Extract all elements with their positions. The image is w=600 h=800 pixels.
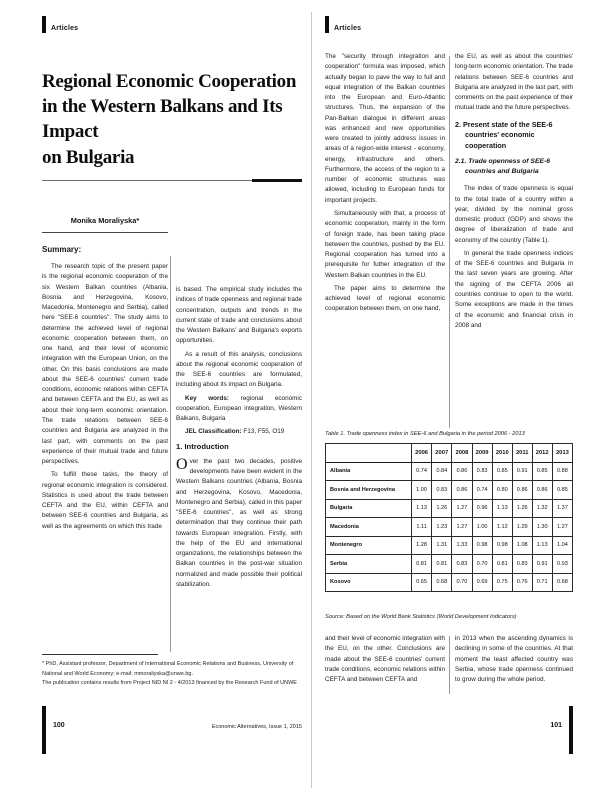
column-divider bbox=[449, 636, 450, 694]
value-cell: 1.23 bbox=[432, 518, 452, 537]
value-cell: 0.91 bbox=[532, 555, 552, 574]
value-cell: 1.29 bbox=[512, 518, 532, 537]
body-paragraph: Simultaneously with that, a process of e… bbox=[325, 209, 445, 281]
value-cell: 0.70 bbox=[472, 555, 492, 574]
section-marker-bar bbox=[42, 16, 46, 33]
value-cell: 1.12 bbox=[492, 518, 512, 537]
value-cell: 0.83 bbox=[472, 462, 492, 481]
table-corner-cell bbox=[326, 444, 412, 463]
value-cell: 1.27 bbox=[452, 518, 472, 537]
author-name: Monika Moraliyska* bbox=[42, 216, 168, 225]
year-header: 2007 bbox=[432, 444, 452, 463]
footnote-line: The publication contains results from Pr… bbox=[42, 679, 302, 689]
value-cell: 1.30 bbox=[532, 518, 552, 537]
table-row: Kosovo 0.65 0.68 0.70 0.69 0.75 0.76 0.7… bbox=[326, 573, 573, 592]
value-cell: 0.86 bbox=[532, 481, 552, 500]
value-cell: 0.69 bbox=[472, 573, 492, 592]
value-cell: 0.91 bbox=[512, 462, 532, 481]
table-row: Serbia 0.81 0.81 0.83 0.70 0.81 0.83 0.9… bbox=[326, 555, 573, 574]
value-cell: 1.27 bbox=[452, 499, 472, 518]
drop-cap: O bbox=[176, 458, 188, 472]
body-paragraph: The index of trade openness is equal to … bbox=[455, 184, 573, 246]
introduction-text: ver the past two decades, positive devel… bbox=[176, 458, 302, 588]
right-page-bottom-column-1: and their level of economic integration … bbox=[325, 634, 445, 688]
summary-heading: Summary: bbox=[42, 245, 168, 254]
keywords-paragraph: Key words: regional economic cooperation… bbox=[176, 394, 302, 425]
value-cell: 1.26 bbox=[512, 499, 532, 518]
value-cell: 1.13 bbox=[532, 536, 552, 555]
value-cell: 1.00 bbox=[472, 518, 492, 537]
value-cell: 0.68 bbox=[432, 573, 452, 592]
left-page: Articles Regional Economic Cooperation i… bbox=[42, 0, 302, 800]
articles-section-header: Articles bbox=[42, 16, 78, 33]
right-page: Articles The "security through integrati… bbox=[325, 0, 573, 800]
value-cell: 0.83 bbox=[432, 481, 452, 500]
value-cell: 0.76 bbox=[512, 573, 532, 592]
country-cell: Albania bbox=[326, 462, 412, 481]
value-cell: 0.85 bbox=[552, 481, 572, 500]
year-header: 2013 bbox=[552, 444, 572, 463]
page-number: 101 bbox=[550, 722, 562, 729]
summary-paragraph: As a result of this analysis, conclusion… bbox=[176, 350, 302, 391]
body-paragraph: and their level of economic integration … bbox=[325, 634, 445, 685]
section-2-1-heading: 2.1. Trade openness of SEE-6 countries a… bbox=[455, 157, 573, 177]
value-cell: 0.96 bbox=[472, 499, 492, 518]
footnote: * PhD, Assistant professor, Department o… bbox=[42, 660, 302, 689]
year-header: 2010 bbox=[492, 444, 512, 463]
year-header: 2009 bbox=[472, 444, 492, 463]
trade-openness-table: 2006 2007 2008 2009 2010 2011 2012 2013 … bbox=[325, 443, 573, 592]
jel-label: JEL Classification: bbox=[185, 428, 242, 435]
value-cell: 0.88 bbox=[552, 462, 572, 481]
year-header: 2008 bbox=[452, 444, 472, 463]
value-cell: 0.98 bbox=[472, 536, 492, 555]
value-cell: 0.71 bbox=[532, 573, 552, 592]
column-divider bbox=[449, 56, 450, 428]
value-cell: 0.85 bbox=[532, 462, 552, 481]
table-header-row: 2006 2007 2008 2009 2010 2011 2012 2013 bbox=[326, 444, 573, 463]
table-row: Macedonia 1.11 1.23 1.27 1.00 1.12 1.29 … bbox=[326, 518, 573, 537]
body-paragraph: The paper aims to determine the achieved… bbox=[325, 284, 445, 315]
value-cell: 0.86 bbox=[512, 481, 532, 500]
value-cell: 1.37 bbox=[552, 499, 572, 518]
value-cell: 1.28 bbox=[412, 536, 432, 555]
table-source: Source: Based on the World Bank Statisti… bbox=[325, 614, 573, 620]
value-cell: 1.33 bbox=[452, 536, 472, 555]
value-cell: 1.13 bbox=[492, 499, 512, 518]
page-number: 100 bbox=[53, 722, 65, 729]
right-page-bottom-column-2: in 2013 when the ascending dynamics is d… bbox=[455, 634, 573, 688]
country-cell: Kosovo bbox=[326, 573, 412, 592]
footnote-divider bbox=[42, 654, 158, 655]
body-paragraph: The "security through integration and co… bbox=[325, 52, 445, 206]
journal-footer: Economic Alternatives, Issue 1, 2015 bbox=[212, 724, 302, 730]
table-row: Montenegro 1.28 1.31 1.33 0.98 0.98 1.08… bbox=[326, 536, 573, 555]
section-label: Articles bbox=[51, 25, 78, 33]
summary-paragraph: The research topic of the present paper … bbox=[42, 262, 168, 467]
country-cell: Bulgaria bbox=[326, 499, 412, 518]
value-cell: 0.81 bbox=[412, 555, 432, 574]
right-page-column-1: The "security through integration and co… bbox=[325, 52, 445, 318]
right-page-column-2: the EU, as well as about the countries' … bbox=[455, 52, 573, 334]
keywords-label: Key words: bbox=[185, 395, 229, 402]
country-cell: Macedonia bbox=[326, 518, 412, 537]
year-header: 2006 bbox=[412, 444, 432, 463]
left-page-column-2: is based. The empirical study includes t… bbox=[176, 202, 302, 593]
value-cell: 0.74 bbox=[472, 481, 492, 500]
section-2-heading: 2. Present state of the SEE-6 countries'… bbox=[455, 120, 573, 152]
page-number-bar bbox=[569, 706, 573, 754]
column-divider bbox=[170, 256, 171, 652]
summary-paragraph: To fulfill these tasks, the theory of re… bbox=[42, 470, 168, 532]
year-header: 2011 bbox=[512, 444, 532, 463]
left-page-column-1: Monika Moraliyska* Summary: The research… bbox=[42, 202, 168, 535]
year-header: 2012 bbox=[532, 444, 552, 463]
value-cell: 1.32 bbox=[532, 499, 552, 518]
jel-text: F13, F55, O19 bbox=[242, 428, 285, 435]
value-cell: 0.75 bbox=[492, 573, 512, 592]
value-cell: 0.65 bbox=[412, 573, 432, 592]
title-divider-accent bbox=[252, 179, 302, 182]
body-paragraph: the EU, as well as about the countries' … bbox=[455, 52, 573, 114]
footnote-line: * PhD, Assistant professor, Department o… bbox=[42, 660, 302, 679]
title-divider bbox=[42, 180, 302, 181]
page-number-bar bbox=[42, 706, 46, 754]
introduction-heading: 1. Introduction bbox=[176, 442, 302, 451]
country-cell: Montenegro bbox=[326, 536, 412, 555]
country-cell: Serbia bbox=[326, 555, 412, 574]
value-cell: 1.31 bbox=[432, 536, 452, 555]
value-cell: 0.86 bbox=[452, 462, 472, 481]
value-cell: 0.81 bbox=[432, 555, 452, 574]
value-cell: 0.93 bbox=[552, 555, 572, 574]
value-cell: 1.13 bbox=[412, 499, 432, 518]
articles-section-header: Articles bbox=[325, 16, 361, 33]
value-cell: 0.68 bbox=[552, 573, 572, 592]
body-paragraph: in 2013 when the ascending dynamics is d… bbox=[455, 634, 573, 685]
value-cell: 0.81 bbox=[492, 555, 512, 574]
section-marker-bar bbox=[325, 16, 329, 33]
value-cell: 0.84 bbox=[432, 462, 452, 481]
value-cell: 0.85 bbox=[492, 462, 512, 481]
value-cell: 1.26 bbox=[432, 499, 452, 518]
value-cell: 1.04 bbox=[552, 536, 572, 555]
author-divider bbox=[42, 232, 168, 233]
value-cell: 0.74 bbox=[412, 462, 432, 481]
page-title: Regional Economic Cooperation in the Wes… bbox=[42, 69, 302, 170]
value-cell: 0.83 bbox=[512, 555, 532, 574]
value-cell: 0.86 bbox=[452, 481, 472, 500]
table-row: Albania 0.74 0.84 0.86 0.83 0.85 0.91 0.… bbox=[326, 462, 573, 481]
jel-paragraph: JEL Classification: F13, F55, O19 bbox=[176, 427, 302, 437]
value-cell: 0.70 bbox=[452, 573, 472, 592]
value-cell: 1.08 bbox=[512, 536, 532, 555]
table-row: Bosnia and Herzegovina 1.00 0.83 0.86 0.… bbox=[326, 481, 573, 500]
value-cell: 1.00 bbox=[412, 481, 432, 500]
body-paragraph: In general the trade openness indices of… bbox=[455, 249, 573, 331]
summary-paragraph: is based. The empirical study includes t… bbox=[176, 285, 302, 347]
table-row: Bulgaria 1.13 1.26 1.27 0.96 1.13 1.26 1… bbox=[326, 499, 573, 518]
value-cell: 1.27 bbox=[552, 518, 572, 537]
value-cell: 0.83 bbox=[452, 555, 472, 574]
page-gutter-divider bbox=[311, 12, 312, 788]
value-cell: 0.80 bbox=[492, 481, 512, 500]
country-cell: Bosnia and Herzegovina bbox=[326, 481, 412, 500]
value-cell: 1.11 bbox=[412, 518, 432, 537]
table-caption: Table 1. Trade openness index in SEE-6 a… bbox=[325, 431, 573, 437]
introduction-paragraph: Over the past two decades, positive deve… bbox=[176, 457, 302, 590]
section-label: Articles bbox=[334, 25, 361, 33]
value-cell: 0.98 bbox=[492, 536, 512, 555]
